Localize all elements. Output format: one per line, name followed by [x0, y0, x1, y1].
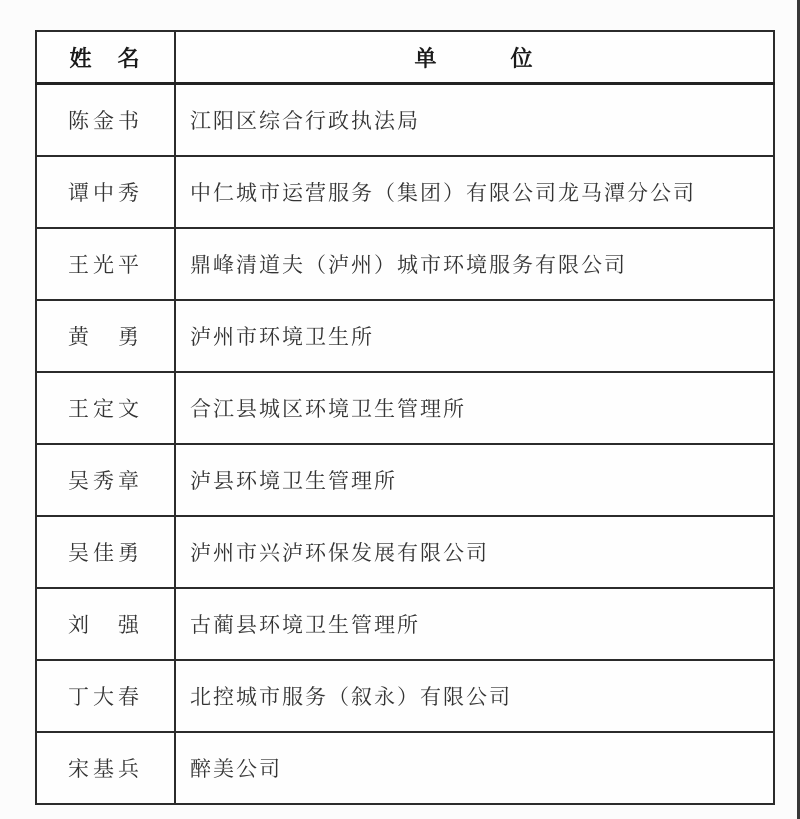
- person-unit: 北控城市服务（叙永）有限公司: [175, 660, 774, 732]
- person-name: 丁大春: [36, 660, 175, 732]
- table-row: 黄 勇 泸州市环境卫生所: [36, 300, 774, 372]
- table-row: 宋基兵 醉美公司: [36, 732, 774, 804]
- person-name: 陈金书: [36, 84, 175, 157]
- person-name: 吴佳勇: [36, 516, 175, 588]
- table-row: 王光平 鼎峰清道夫（泸州）城市环境服务有限公司: [36, 228, 774, 300]
- person-name: 宋基兵: [36, 732, 175, 804]
- table-row: 吴秀章 泸县环境卫生管理所: [36, 444, 774, 516]
- person-unit: 江阳区综合行政执法局: [175, 84, 774, 157]
- person-unit: 合江县城区环境卫生管理所: [175, 372, 774, 444]
- person-unit: 泸县环境卫生管理所: [175, 444, 774, 516]
- table-row: 谭中秀 中仁城市运营服务（集团）有限公司龙马潭分公司: [36, 156, 774, 228]
- table-row: 陈金书 江阳区综合行政执法局: [36, 84, 774, 157]
- table-row: 王定文 合江县城区环境卫生管理所: [36, 372, 774, 444]
- person-unit: 鼎峰清道夫（泸州）城市环境服务有限公司: [175, 228, 774, 300]
- person-unit: 古蔺县环境卫生管理所: [175, 588, 774, 660]
- person-name: 黄 勇: [36, 300, 175, 372]
- header-row: 姓 名 单 位: [36, 31, 774, 84]
- person-unit: 中仁城市运营服务（集团）有限公司龙马潭分公司: [175, 156, 774, 228]
- person-unit: 泸州市环境卫生所: [175, 300, 774, 372]
- column-header-unit: 单 位: [175, 31, 774, 84]
- table-row: 吴佳勇 泸州市兴泸环保发展有限公司: [36, 516, 774, 588]
- column-header-name: 姓 名: [36, 31, 175, 84]
- table-row: 刘 强 古蔺县环境卫生管理所: [36, 588, 774, 660]
- person-name: 刘 强: [36, 588, 175, 660]
- roster-table-header: 姓 名 单 位: [36, 31, 774, 84]
- table-row: 丁大春 北控城市服务（叙永）有限公司: [36, 660, 774, 732]
- roster-body: 陈金书 江阳区综合行政执法局 谭中秀 中仁城市运营服务（集团）有限公司龙马潭分公…: [36, 84, 774, 805]
- person-name: 谭中秀: [36, 156, 175, 228]
- person-unit: 泸州市兴泸环保发展有限公司: [175, 516, 774, 588]
- document-page: 姓 名 单 位 陈金书 江阳区综合行政执法局 谭中秀 中仁城市运营服务（集团）有…: [0, 0, 800, 819]
- person-name: 王光平: [36, 228, 175, 300]
- person-name: 吴秀章: [36, 444, 175, 516]
- person-name: 王定文: [36, 372, 175, 444]
- person-unit: 醉美公司: [175, 732, 774, 804]
- roster-table: 姓 名 单 位 陈金书 江阳区综合行政执法局 谭中秀 中仁城市运营服务（集团）有…: [35, 30, 775, 805]
